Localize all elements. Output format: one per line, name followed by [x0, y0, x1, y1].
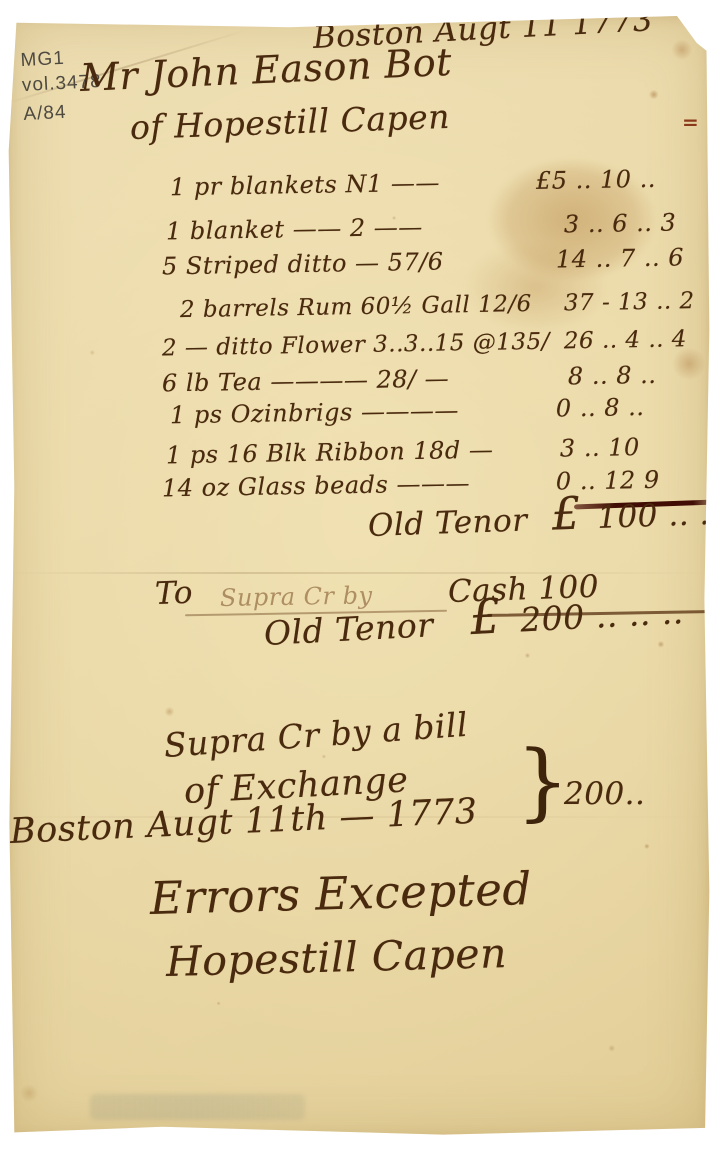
subtotal-value: 100 .. .. ..	[597, 495, 718, 536]
item-description: 2 — ditto Flower 3..3..15 @135/	[162, 329, 550, 362]
item-amount: 14 .. 7 .. 6	[556, 243, 685, 273]
item-amount: 26 .. 4 .. 4	[564, 326, 687, 354]
item-amount: 37 - 13 .. 2	[564, 288, 695, 316]
signature: Hopestill Capen	[165, 929, 507, 986]
total-label: Old Tenor	[263, 605, 434, 653]
cash-line-prefix: To	[154, 575, 193, 612]
item-description: 6 lb Tea ———— 28/ —	[162, 364, 450, 397]
item-description: 1 pr blankets N1 ——	[170, 169, 440, 202]
pound-sign: £	[551, 487, 582, 541]
item-description: 5 Striped ditto — 57/6	[162, 248, 444, 281]
crease-line	[8, 572, 710, 574]
item-amount: 8 .. 8 ..	[568, 361, 657, 391]
pound-sign: £	[469, 590, 503, 647]
item-amount: 3 .. 6 .. 3	[564, 208, 677, 238]
subtotal-label: Old Tenor	[367, 502, 528, 544]
errors-excepted-line: Errors Excepted	[149, 862, 532, 925]
item-description: 14 oz Glass beads ———	[162, 469, 470, 502]
exchange-amount: 200..	[564, 776, 645, 812]
cash-line-faded-text: Supra Cr by	[220, 581, 373, 612]
document-paper: MG1 vol.3478 A/84 Boston Augt 11 1773 Mr…	[8, 16, 710, 1138]
margin-tick: =	[682, 110, 698, 134]
scan-background: MG1 vol.3478 A/84 Boston Augt 11 1773 Mr…	[0, 0, 718, 1171]
item-description: 2 barrels Rum 60½ Gall 12/6	[180, 291, 532, 323]
item-amount: £5 .. 10 ..	[536, 165, 656, 195]
item-amount: 0 .. 8 ..	[556, 393, 645, 423]
archive-mark-item: A/84	[23, 98, 104, 127]
item-amount: 3 .. 10	[560, 433, 640, 462]
curly-brace: }	[516, 732, 569, 830]
item-description: 1 blanket —— 2 ——	[166, 213, 423, 245]
of-creditor-line: of Hopestill Capen	[129, 97, 450, 147]
supra-credit-line1: Supra Cr by a bill	[163, 705, 470, 765]
account-holder-line: Mr John Eason Bot	[79, 40, 453, 100]
item-description: 1 ps 16 Blk Ribbon 18d —	[166, 436, 494, 470]
item-description: 1 ps Ozinbrigs ————	[170, 396, 459, 429]
faded-stamp	[90, 1094, 305, 1120]
total-value: 200 .. .. ..	[519, 592, 684, 639]
